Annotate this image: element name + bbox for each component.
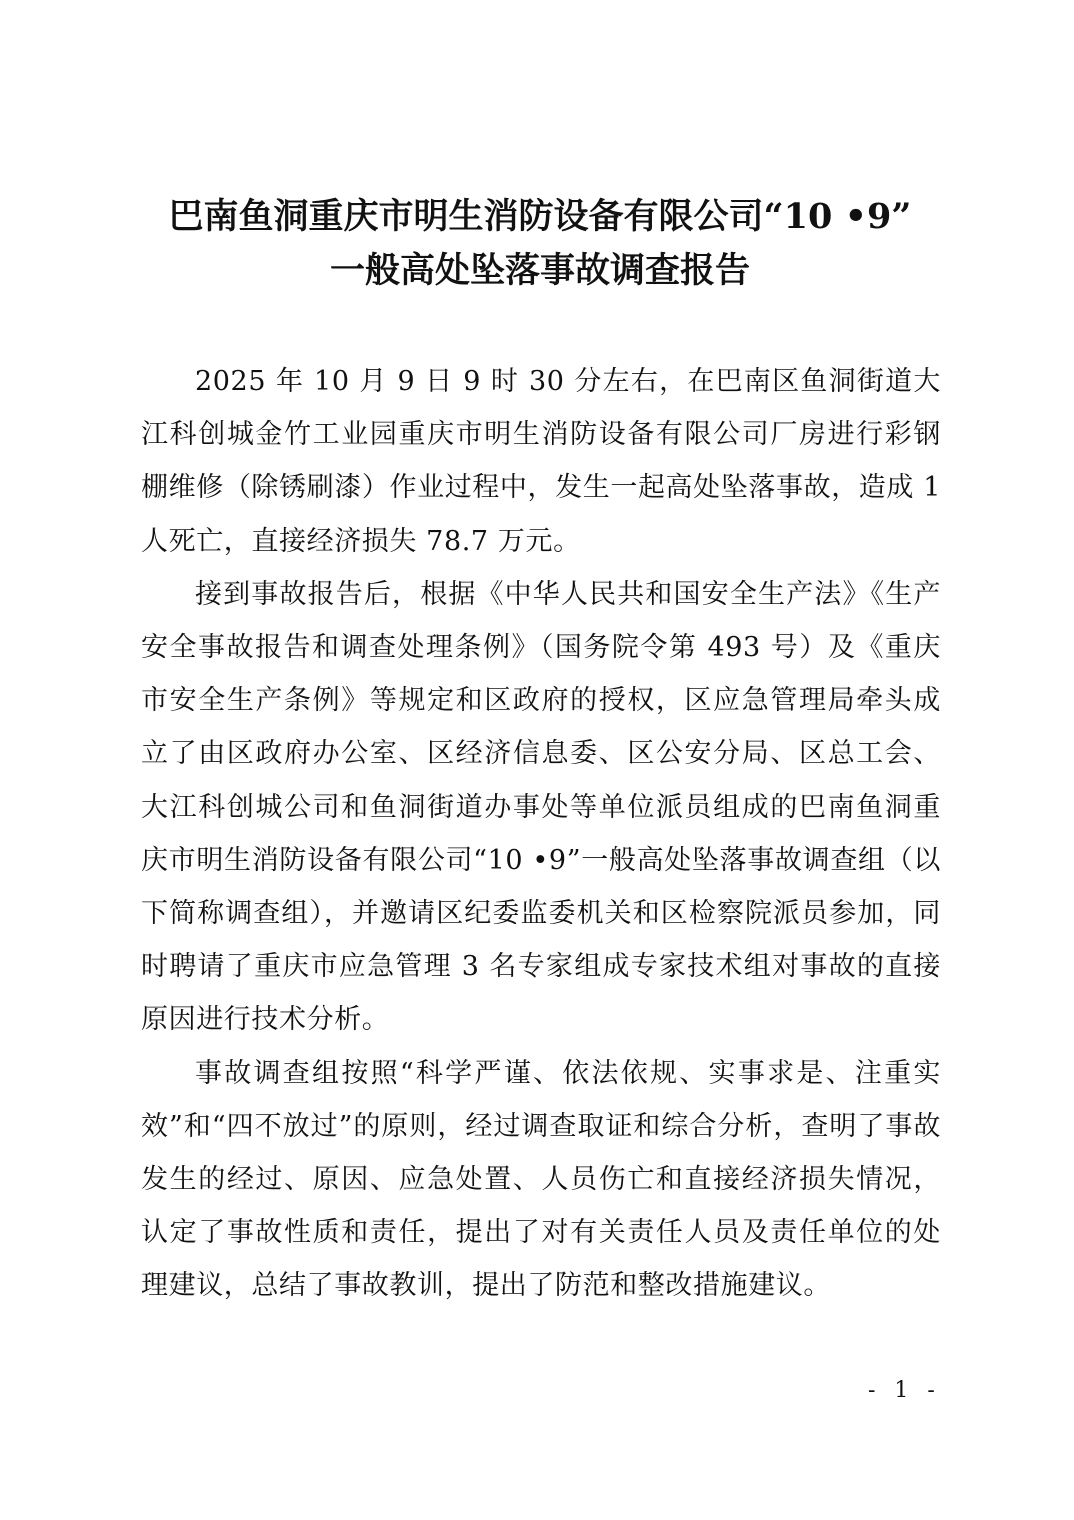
document-title-line-1: 巴南鱼洞重庆市明生消防设备有限公司“10 •9”: [130, 190, 950, 244]
document-page: 巴南鱼洞重庆市明生消防设备有限公司“10 •9” 一般高处坠落事故调查报告 20…: [0, 0, 1074, 1520]
document-body: 2025 年 10 月 9 日 9 时 30 分左右，在巴南区鱼洞街道大江科创城…: [141, 355, 941, 1313]
paragraph-investigation-team: 接到事故报告后，根据《中华人民共和国安全生产法》《生产安全事故报告和调查处理条例…: [141, 568, 941, 1047]
paragraph-investigation-principles: 事故调查组按照“科学严谨、依法依规、实事求是、注重实效”和“四不放过”的原则，经…: [141, 1047, 941, 1313]
page-number: - 1 -: [868, 1378, 941, 1403]
paragraph-accident-summary: 2025 年 10 月 9 日 9 时 30 分左右，在巴南区鱼洞街道大江科创城…: [141, 355, 941, 568]
document-title-line-2: 一般高处坠落事故调查报告: [130, 244, 950, 298]
